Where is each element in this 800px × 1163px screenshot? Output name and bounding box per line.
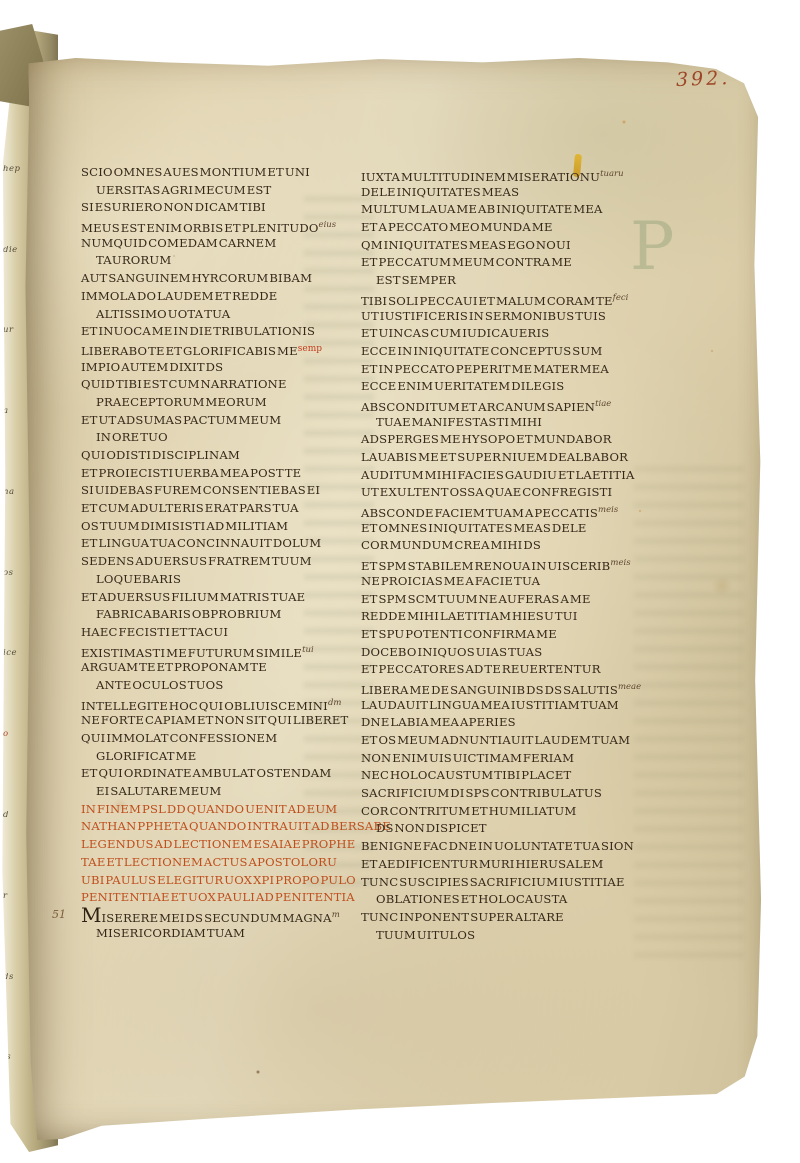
ink-text: QUI IMMOLAT CONFESSIONEM (81, 731, 277, 745)
ink-text: ET IN PECCATO PEPERIT ME MATER MEA (361, 362, 609, 376)
ink-text: LIBERA ME DE SANGUINIB DS DS SALUTIS (361, 683, 618, 697)
manuscript-line: IN ORE TUO (81, 429, 367, 447)
ink-text: EST SEMPER (376, 273, 456, 287)
manuscript-line: ARGUAM TE ET PROPONAM TE (81, 659, 367, 677)
ink-text: BENIGNE FAC DNE IN UOLUNTATE TUA SION (361, 839, 634, 853)
manuscript-line: NE PROICIAS ME A FACIE TUA (361, 573, 681, 591)
ink-text: AUT SANGUINEM HYRCORUM BIBAM (81, 271, 312, 285)
manuscript-line: NEC HOLOCAUSTUM TIBI PLACET (361, 767, 681, 785)
manuscript-line: SI ESURIERO NON DICAM TIBI (81, 199, 367, 217)
manuscript-line: UT IUSTIFICERIS IN SERMONIBUS TUIS (361, 308, 681, 326)
gutter-text-fragment: ur (3, 326, 23, 335)
ink-text: ECCE ENIM UERITATEM DILEGIS (361, 379, 564, 393)
gutter-text-fragment: ice (3, 649, 23, 658)
ink-text: LOQUEBARIS (96, 572, 181, 586)
ink-text: meis (598, 505, 618, 515)
rubric-text: LEGENDUS AD LECTIONEM ESAIAE PROPHE (81, 837, 355, 851)
manuscript-line: IMMOLA DO LAUDEM ET REDDE (81, 288, 367, 306)
ink-text: COR MUNDUM CREA MIHI DS (361, 538, 541, 552)
manuscript-line: TUNC INPONENT SUPER ALTARE (361, 909, 681, 927)
rubric-text: NATHAN PPHETA QUANDO INTRAUIT AD BERSABE (81, 819, 391, 833)
manuscript-line: IUXTA MULTITUDINEM MISERATIONUtuaru (361, 166, 681, 184)
manuscript-line: IN FINEM PSL DD QUANDO UENIT AD EUM (81, 801, 367, 819)
manuscript-line: LAUDAUIT LINGUA MEA IUSTITIAM TUAM (361, 697, 681, 715)
gutter-text-fragment: is (3, 1053, 23, 1062)
ink-text: NE FORTE CAPIAM ET NON SIT QUI LIBERET (81, 713, 348, 727)
ink-text: ET PECCATORES AD TE REUERTENTUR (361, 662, 601, 676)
ink-text: QUID TIBI EST CUM NARRATIONE (81, 377, 287, 391)
ink-text: ET UINCAS CUM IUDICAUERIS (361, 326, 549, 340)
manuscript-line: MULTUM LAUA ME AB INIQUITATE MEA (361, 201, 681, 219)
rubric-text: PENITENTIAE ET UOX PAULI AD PENITENTIA (81, 890, 355, 904)
manuscript-line: SI UIDEBAS FUREM CONSENTIEBAS EI (81, 482, 367, 500)
ink-text: NE PROICIAS ME A FACIE TUA (361, 574, 540, 588)
ink-text: INTELLEGITE HOC QUI OBLIUISCEMINI (81, 699, 328, 713)
ink-text: LIBERABO TE ET GLORIFICABIS ME (81, 344, 298, 358)
ink-text: HAEC FECISTI ET TACUI (81, 625, 228, 639)
gutter-text-fragment: o (3, 730, 23, 739)
gutter-text-fragment: r (3, 892, 23, 901)
ink-text: OS TUUM DIMISISTI AD MILITIAM (81, 519, 288, 533)
manuscript-line: LEGENDUS AD LECTIONEM ESAIAE PROPHE (81, 836, 367, 854)
manuscript-line: IMPIO AUTEM DIXIT DS (81, 359, 367, 377)
manuscript-line: TAURORUM (81, 252, 367, 270)
text-column-left: SCIO OMNES AUES MONTIUM ET UNIUERSITAS A… (81, 164, 367, 942)
ink-text: PRAECEPTORUM MEORUM (96, 395, 267, 409)
manuscript-line: ECCE ENIM UERITATEM DILEGIS (361, 378, 681, 396)
manuscript-line: BENIGNE FAC DNE IN UOLUNTATE TUA SION (361, 838, 681, 856)
ink-text: LAUABIS ME ET SUPER NIUEM DEALBABOR (361, 450, 628, 464)
manuscript-line: LOQUEBARIS (81, 571, 367, 589)
manuscript-line: ABSCONDE FACIEM TUAM A PECCATISmeis (361, 502, 681, 520)
ink-text: SI UIDEBAS FUREM CONSENTIEBAS EI (81, 483, 320, 497)
ink-text: ET SPM STABILEM RENOUA IN UISCERIB (361, 559, 610, 573)
manuscript-line: MISERICORDIAM TUAM (81, 925, 367, 943)
manuscript-line: EI SALUTARE MEUM (81, 783, 367, 801)
ink-text: ECCE IN INIQUITATE CONCEPTUS SUM (361, 344, 602, 358)
ink-text: M (81, 903, 101, 927)
rubric-text: UBI PAULUS ELEGITUR UOX XPI PROPO PULO (81, 873, 356, 887)
gutter-text-fragment: d (3, 811, 23, 820)
ink-text: TUNC INPONENT SUPER ALTARE (361, 910, 564, 924)
manuscript-line: ECCE IN INIQUITATE CONCEPTUS SUM (361, 343, 681, 361)
manuscript-line: REDDE MIHI LAETITIAM HIESU TUI (361, 608, 681, 626)
ink-text: EXISTIMASTI ME FUTURUM SIMILE (81, 646, 302, 660)
ink-text: m (332, 910, 340, 920)
ink-text: QM INIQUITATES MEAS EGO NOUI (361, 238, 571, 252)
manuscript-line: SACRIFICIUM DI SPS CONTRIBULATUS (361, 785, 681, 803)
folio-number: 392. (676, 67, 731, 91)
manuscript-line: SEDENS ADUERSUS FRATREM TUUM (81, 553, 367, 571)
manuscript-line: ET ADUERSUS FILIUM MATRIS TUAE (81, 589, 367, 607)
manuscript-line: ET QUI ORDINATE AMBULAT OSTENDAM (81, 765, 367, 783)
ink-text: ET QUI ORDINATE AMBULAT OSTENDAM (81, 766, 331, 780)
manuscript-line: COR CONTRITUM ET HUMILIATUM (361, 803, 681, 821)
ink-text: ET OS MEUM ADNUNTIAUIT LAUDEM TUAM (361, 733, 630, 747)
rubric-text: IN FINEM PSL DD QUANDO UENIT AD EUM (81, 802, 337, 816)
manuscript-line: DELE INIQUITATES MEAS (361, 184, 681, 202)
ink-text: ABSCONDE FACIEM TUAM A PECCATIS (361, 506, 598, 520)
manuscript-line: TUNC SUSCIPIES SACRIFICIUM IUSTITIAE (361, 874, 681, 892)
manuscript-line: NON ENIM UIS UICTIMAM FERIAM (361, 750, 681, 768)
parchment-leaf: P 392. 51 SCIO OMNES AUES MONTIUM ET UNI… (24, 46, 764, 1140)
ink-text: tui (302, 645, 314, 655)
ink-text: TIBI SOLI PECCAUI ET MALUM CORAM TE (361, 294, 613, 308)
manuscript-line: DOCEBO INIQUOS UIAS TUAS (361, 644, 681, 662)
ink-text: ET PECCATUM MEUM CONTRA ME (361, 255, 572, 269)
manuscript-line: ET PECCATORES AD TE REUERTENTUR (361, 661, 681, 679)
manuscript-line: ET SPU POTENTI CONFIRMA ME (361, 626, 681, 644)
manuscript-line: SCIO OMNES AUES MONTIUM ET UNI (81, 164, 367, 182)
manuscript-line: TUUM UITULOS (361, 927, 681, 945)
manuscript-line: QUI IMMOLAT CONFESSIONEM (81, 730, 367, 748)
gutter-text-fragment: a (3, 407, 23, 416)
ink-text: NEC HOLOCAUSTUM TIBI PLACET (361, 768, 571, 782)
gutter-text-fragment: die (3, 246, 23, 255)
manuscript-line: ADSPERGES ME HYSOPO ET MUNDABOR (361, 431, 681, 449)
ink-text: MULTUM LAUA ME AB INIQUITATE MEA (361, 202, 603, 216)
manuscript-line: OBLATIONES ET HOLOCAUSTA (361, 891, 681, 909)
ink-text: UERSITAS AGRI MECUM EST (96, 183, 271, 197)
manuscript-line: EXISTIMASTI ME FUTURUM SIMILEtui (81, 642, 367, 660)
manuscript-line: PENITENTIAE ET UOX PAULI AD PENITENTIA (81, 889, 367, 907)
ink-text: UT IUSTIFICERIS IN SERMONIBUS TUIS (361, 309, 606, 323)
manuscript-line: HAEC FECISTI ET TACUI (81, 624, 367, 642)
ink-text: IMMOLA DO LAUDEM ET REDDE (81, 289, 277, 303)
ink-text: meis (610, 558, 630, 568)
manuscript-line: MEUS EST ENIM ORBIS ET PLENITUDOeius (81, 217, 367, 235)
ink-text: SI ESURIERO NON DICAM TIBI (81, 200, 266, 214)
manuscript-line: LIBERA ME DE SANGUINIB DS DS SALUTISmeae (361, 679, 681, 697)
gutter-text-fragment: ds (3, 973, 23, 982)
manuscript-line: PRAECEPTORUM MEORUM (81, 394, 367, 412)
ink-text: ET ADUERSUS FILIUM MATRIS TUAE (81, 590, 305, 604)
manuscript-line: ET CUM ADULTERIS ERAT PARS TUA (81, 500, 367, 518)
ink-text: ET AEDIFICENTUR MURI HIERUSALEM (361, 857, 603, 871)
ink-text: IMPIO AUTEM DIXIT DS (81, 360, 223, 374)
ink-text: ANTE OCULOS TUOS (96, 678, 224, 692)
ink-text: FABRICABARIS OBPROBRIUM (96, 607, 281, 621)
manuscript-line: DNE LABIA MEA APERIES (361, 714, 681, 732)
manuscript-line: TUAE MANIFESTASTI MIHI (361, 414, 681, 432)
ink-text: ET A PECCATO MEO MUNDA ME (361, 220, 553, 234)
ink-text: REDDE MIHI LAETITIAM HIESU TUI (361, 609, 577, 623)
ink-text: UT EXULTENT OSSA QUAE CONFREGISTI (361, 485, 612, 499)
ink-text: ABSCONDITUM ET ARCANUM SAPIEN (361, 400, 595, 414)
manuscript-line: LIBERABO TE ET GLORIFICABIS MEsemp (81, 341, 367, 359)
ink-text: eius (319, 220, 337, 230)
manuscript-line: ET AEDIFICENTUR MURI HIERUSALEM (361, 856, 681, 874)
text-column-right: IUXTA MULTITUDINEM MISERATIONUtuaruDELE … (361, 166, 681, 944)
manuscript-line: QM INIQUITATES MEAS EGO NOUI (361, 237, 681, 255)
ink-text: ET INUOCA ME IN DIE TRIBULATIONIS (81, 324, 315, 338)
ink-text: tiae (595, 399, 611, 409)
ink-text: TUUM UITULOS (376, 928, 475, 942)
manuscript-line: ET IN PECCATO PEPERIT ME MATER MEA (361, 361, 681, 379)
manuscript-line: ET OMNES INIQUITATES MEAS DELE (361, 520, 681, 538)
gutter-text-fragment: hep (3, 165, 23, 174)
manuscript-line: ET LINGUA TUA CONCINNAUIT DOLUM (81, 535, 367, 553)
ink-text: ET PROIECISTI UERBA MEA POST TE (81, 466, 301, 480)
manuscript-line: NE FORTE CAPIAM ET NON SIT QUI LIBERET (81, 712, 367, 730)
ink-text: OBLATIONES ET HOLOCAUSTA (376, 892, 567, 906)
manuscript-line: ET SPM STABILEM RENOUA IN UISCERIBmeis (361, 555, 681, 573)
manuscript-line: LAUABIS ME ET SUPER NIUEM DEALBABOR (361, 449, 681, 467)
ink-text: TAURORUM (96, 253, 171, 267)
manuscript-line: AUT SANGUINEM HYRCORUM BIBAM (81, 270, 367, 288)
manuscript-line: AUDITUM MIHI FACIES GAUDIU ET LAETITIA (361, 467, 681, 485)
manuscript-line: ABSCONDITUM ET ARCANUM SAPIENtiae (361, 396, 681, 414)
manuscript-line: UERSITAS AGRI MECUM EST (81, 182, 367, 200)
ink-text: ET LINGUA TUA CONCINNAUIT DOLUM (81, 536, 321, 550)
ink-text: ET UT ADSUMAS PACTUM MEUM (81, 413, 281, 427)
ink-text: ADSPERGES ME HYSOPO ET MUNDABOR (361, 432, 612, 446)
ink-text: LAUDAUIT LINGUA MEA IUSTITIAM TUAM (361, 698, 619, 712)
ink-text: feci (613, 293, 629, 303)
ink-text: QUI ODISTI DISCIPLINAM (81, 448, 240, 462)
manuscript-line: ET UT ADSUMAS PACTUM MEUM (81, 412, 367, 430)
manuscript-line: TAE ET LECTIONEM ACTUS APOSTOLORU (81, 854, 367, 872)
ink-text: ET OMNES INIQUITATES MEAS DELE (361, 521, 587, 535)
ink-text: DNE LABIA MEA APERIES (361, 715, 516, 729)
manuscript-line: ET OS MEUM ADNUNTIAUIT LAUDEM TUAM (361, 732, 681, 750)
manuscript-line: NATHAN PPHETA QUANDO INTRAUIT AD BERSABE (81, 818, 367, 836)
manuscript-line: TIBI SOLI PECCAUI ET MALUM CORAM TEfeci (361, 290, 681, 308)
manuscript-line: UT EXULTENT OSSA QUAE CONFREGISTI (361, 484, 681, 502)
manuscript-line: COR MUNDUM CREA MIHI DS (361, 537, 681, 555)
psalm-margin-number: 51 (52, 908, 66, 921)
ink-text: DS NON DISPICET (376, 821, 487, 835)
manuscript-line: FABRICABARIS OBPROBRIUM (81, 606, 367, 624)
manuscript-line: ET A PECCATO MEO MUNDA ME (361, 219, 681, 237)
ink-text: SACRIFICIUM DI SPS CONTRIBULATUS (361, 786, 602, 800)
ink-text: DOCEBO INIQUOS UIAS TUAS (361, 645, 542, 659)
manuscript-line: OS TUUM DIMISISTI AD MILITIAM (81, 518, 367, 536)
manuscript-line: QUID TIBI EST CUM NARRATIONE (81, 376, 367, 394)
ink-text: NON ENIM UIS UICTIMAM FERIAM (361, 751, 574, 765)
ink-text: MEUS EST ENIM ORBIS ET PLENITUDO (81, 221, 319, 235)
ink-text: dm (328, 698, 342, 708)
ink-text: SEDENS ADUERSUS FRATREM TUUM (81, 554, 312, 568)
ink-text: NUMQUID COMEDAM CARNEM (81, 236, 276, 250)
ink-text: ALTISSIMO UOTA TUA (96, 307, 230, 321)
manuscript-line: GLORIFICAT ME (81, 748, 367, 766)
ink-text: TUNC SUSCIPIES SACRIFICIUM IUSTITIAE (361, 875, 625, 889)
ink-text: ISERERE MEI DS SECUNDUM MAGNA (101, 911, 331, 925)
ink-text: meae (618, 682, 641, 692)
ink-text: AUDITUM MIHI FACIES GAUDIU ET LAETITIA (361, 468, 635, 482)
ink-text: tuaru (600, 169, 624, 179)
gutter-text-fragment: os (3, 569, 23, 578)
ink-text: COR CONTRITUM ET HUMILIATUM (361, 804, 576, 818)
manuscript-line: ET UINCAS CUM IUDICAUERIS (361, 325, 681, 343)
manuscript-line: NUMQUID COMEDAM CARNEM (81, 235, 367, 253)
ink-text: IN ORE TUO (96, 430, 168, 444)
manuscript-line: ALTISSIMO UOTA TUA (81, 306, 367, 324)
manuscript-line: ET PROIECISTI UERBA MEA POST TE (81, 465, 367, 483)
ink-text: IUXTA MULTITUDINEM MISERATIONU (361, 170, 600, 184)
manuscript-line: ANTE OCULOS TUOS (81, 677, 367, 695)
manuscript-line: ET INUOCA ME IN DIE TRIBULATIONIS (81, 323, 367, 341)
manuscript-line: UBI PAULUS ELEGITUR UOX XPI PROPO PULO (81, 872, 367, 890)
manuscript-line: INTELLEGITE HOC QUI OBLIUISCEMINIdm (81, 695, 367, 713)
manuscript-line: DS NON DISPICET (361, 820, 681, 838)
manuscript-line: ET PECCATUM MEUM CONTRA ME (361, 254, 681, 272)
ink-text: GLORIFICAT ME (96, 749, 196, 763)
ink-text: SCIO OMNES AUES MONTIUM ET UNI (81, 165, 310, 179)
ink-text: EI SALUTARE MEUM (96, 784, 221, 798)
manuscript-photo: mhepdieuranaosiceodrdsis P 392. 51 SCIO … (0, 0, 800, 1163)
ink-text: ARGUAM TE ET PROPONAM TE (81, 660, 267, 674)
manuscript-line: MISERERE MEI DS SECUNDUM MAGNAm (81, 907, 367, 925)
gutter-text-fragment: na (3, 488, 23, 497)
ink-text: TUAE MANIFESTASTI MIHI (376, 415, 542, 429)
manuscript-line: EST SEMPER (361, 272, 681, 290)
ink-text: ET SPM SCM TUUM NE AUFERAS A ME (361, 592, 591, 606)
ink-text: MISERICORDIAM TUAM (96, 926, 245, 940)
ink-text: ET CUM ADULTERIS ERAT PARS TUA (81, 501, 299, 515)
ink-text: DELE INIQUITATES MEAS (361, 185, 519, 199)
rubric-text: semp (298, 344, 322, 354)
manuscript-line: QUI ODISTI DISCIPLINAM (81, 447, 367, 465)
rubric-text: TAE ET LECTIONEM ACTUS APOSTOLORU (81, 855, 337, 869)
manuscript-line: ET SPM SCM TUUM NE AUFERAS A ME (361, 591, 681, 609)
ink-text: ET SPU POTENTI CONFIRMA ME (361, 627, 557, 641)
